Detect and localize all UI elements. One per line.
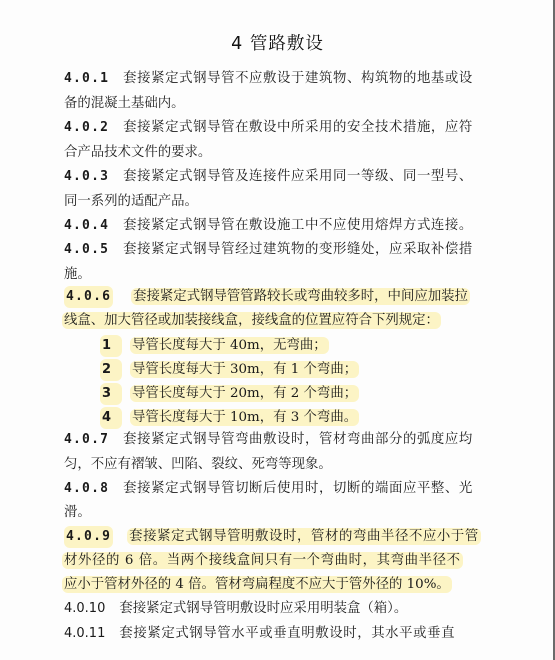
clause-4-0-8: 4.0.8套接紧定式钢导管切断后使用时，切断的端面应平整、光 bbox=[64, 479, 464, 499]
clause-4-0-4: 4.0.4套接紧定式钢导管在敷设施工中不应使用熔焊方式连接。 bbox=[64, 216, 464, 236]
clause-text: 套接紧定式钢导管切断后使用时，切断的端面应平整、光 bbox=[123, 481, 473, 496]
item-text: 导管长度每大于 20m，有 2 个弯曲； bbox=[130, 385, 359, 402]
clause-4-0-5-cont: 施。 bbox=[64, 265, 464, 285]
page-title: 4 管路敷设 bbox=[0, 30, 555, 55]
clause-4-0-6-cont: 线盒、加大管径或加装接线盒，接线盒的位置应符合下列规定： bbox=[62, 311, 462, 331]
clause-text: 线盒、加大管径或加装接线盒，接线盒的位置应符合下列规定： bbox=[62, 312, 441, 329]
clause-number: 4.0.6 bbox=[64, 286, 113, 308]
item-number: 2 bbox=[100, 359, 122, 381]
clause-number: 4.0.11 bbox=[64, 624, 105, 644]
clause-text: 套接紧定式钢导管及连接件应采用同一等级、同一型号、 bbox=[123, 169, 473, 184]
clause-text: 套接紧定式钢导管明敷设时应采用明装盒（箱）。 bbox=[119, 601, 407, 616]
item-text: 导管长度每大于 40m，无弯曲； bbox=[130, 337, 329, 354]
clause-4-0-7: 4.0.7套接紧定式钢导管弯曲敷设时，管材弯曲部分的弧度应均 bbox=[64, 430, 464, 450]
clause-number: 4.0.10 bbox=[64, 599, 105, 619]
clause-text: 套接紧定式钢导管弯曲敷设时，管材弯曲部分的弧度应均 bbox=[123, 432, 473, 447]
clause-4-0-3: 4.0.3套接紧定式钢导管及连接件应采用同一等级、同一型号、 bbox=[64, 167, 464, 187]
clause-number: 4.0.7 bbox=[64, 430, 109, 450]
clause-4-0-9: 4.0.9套接紧定式钢导管明敷设时，管材的弯曲半径不应小于管 bbox=[64, 526, 464, 546]
clause-4-0-6: 4.0.6套接紧定式钢导管管路较长或弯曲较多时，中间应加装拉 bbox=[64, 286, 464, 306]
list-item-4: 4导管长度每大于 10m，有 3 个弯曲。 bbox=[100, 407, 500, 427]
clause-text: 套接紧定式钢导管在敷设施工中不应使用熔焊方式连接。 bbox=[123, 218, 473, 233]
clause-4-0-1: 4.0.1套接紧定式钢导管不应敷设于建筑物、构筑物的地基或设 bbox=[64, 69, 464, 89]
item-text: 导管长度每大于 10m，有 3 个弯曲。 bbox=[130, 409, 359, 426]
clause-number: 4.0.1 bbox=[64, 69, 109, 89]
item-number: 1 bbox=[100, 335, 122, 357]
clause-text: 应小于管材外径的 4 倍。管材弯扁程度不应大于管外径的 10%。 bbox=[62, 576, 452, 593]
clause-number: 4.0.4 bbox=[64, 216, 109, 236]
clause-4-0-5: 4.0.5套接紧定式钢导管经过建筑物的变形缝处，应采取补偿措 bbox=[64, 240, 464, 260]
clause-number: 4.0.2 bbox=[64, 118, 109, 138]
clause-4-0-9-cont-1: 材外径的 6 倍。当两个接线盒间只有一个弯曲时，其弯曲半径不 bbox=[62, 551, 462, 571]
clause-number: 4.0.8 bbox=[64, 479, 109, 499]
list-item-3: 3导管长度每大于 20m，有 2 个弯曲； bbox=[100, 383, 500, 403]
clause-number: 4.0.5 bbox=[64, 240, 109, 260]
clause-4-0-11: 4.0.11套接紧定式钢导管水平或垂直明敷设时，其水平或垂直 bbox=[64, 624, 464, 644]
clause-4-0-7-cont: 匀，不应有褶皱、凹陷、裂纹、死弯等现象。 bbox=[64, 455, 464, 475]
clause-4-0-3-cont: 同一系列的适配产品。 bbox=[64, 192, 464, 212]
clause-text: 套接紧定式钢导管经过建筑物的变形缝处，应采取补偿措 bbox=[123, 242, 473, 257]
item-text: 导管长度每大于 30m，有 1 个弯曲； bbox=[130, 361, 359, 378]
clause-number: 4.0.9 bbox=[64, 526, 113, 548]
clause-4-0-10: 4.0.10套接紧定式钢导管明敷设时应采用明装盒（箱）。 bbox=[64, 599, 464, 619]
item-number: 3 bbox=[100, 383, 122, 405]
list-item-1: 1导管长度每大于 40m，无弯曲； bbox=[100, 335, 500, 355]
list-item-2: 2导管长度每大于 30m，有 1 个弯曲； bbox=[100, 359, 500, 379]
clause-text: 套接紧定式钢导管明敷设时，管材的弯曲半径不应小于管 bbox=[127, 528, 481, 545]
clause-text: 套接紧定式钢导管在敷设中所采用的安全技术措施，应符 bbox=[123, 120, 473, 135]
item-number: 4 bbox=[100, 407, 122, 429]
clause-text: 套接紧定式钢导管管路较长或弯曲较多时，中间应加装拉 bbox=[131, 288, 470, 305]
clause-4-0-1-cont: 备的混凝土基础内。 bbox=[64, 94, 464, 114]
clause-text: 套接紧定式钢导管不应敷设于建筑物、构筑物的地基或设 bbox=[123, 71, 473, 86]
clause-4-0-2-cont: 合产品技术文件的要求。 bbox=[64, 143, 464, 163]
clause-text: 材外径的 6 倍。当两个接线盒间只有一个弯曲时，其弯曲半径不 bbox=[62, 552, 463, 569]
clause-4-0-8-cont: 滑。 bbox=[64, 503, 464, 523]
clause-text: 套接紧定式钢导管水平或垂直明敷设时，其水平或垂直 bbox=[119, 626, 455, 641]
clause-4-0-9-cont-2: 应小于管材外径的 4 倍。管材弯扁程度不应大于管外径的 10%。 bbox=[62, 575, 462, 595]
clause-4-0-2: 4.0.2套接紧定式钢导管在敷设中所采用的安全技术措施，应符 bbox=[64, 118, 464, 138]
clause-number: 4.0.3 bbox=[64, 167, 109, 187]
